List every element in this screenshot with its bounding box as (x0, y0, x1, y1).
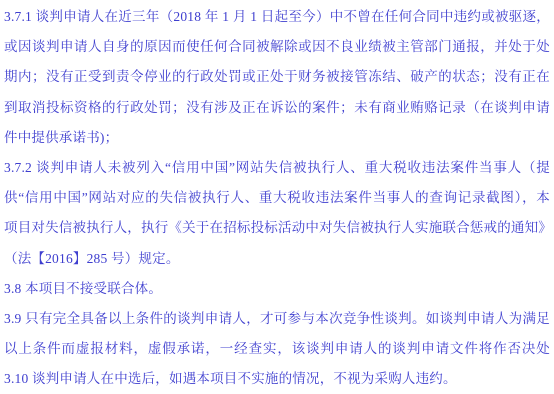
document-line: 供“信用中国”网站对应的失信被执行人、重大税收违法案件当事人的查询记录截图），本 (4, 183, 550, 213)
document-line: （法【2016】285 号）规定。 (4, 244, 550, 274)
document-line: 件中提供承诺书)； (4, 123, 550, 153)
document-line: 项目对失信被执行人，执行《关于在招标投标活动中对失信被执行人实施联合惩戒的通知》 (4, 213, 550, 243)
document-line: 期内；没有正受到责令停业的行政处罚或正处于财务被接管冻结、破产的状态；没有正在受 (4, 62, 550, 92)
document-line: 3.7.1 谈判申请人在近三年（2018 年 1 月 1 日起至今）中不曾在任何… (4, 2, 550, 32)
document-line: 3.8 本项目不接受联合体。 (4, 274, 550, 304)
document-line: 3.10 谈判申请人在中选后，如遇本项目不实施的情况，不视为采购人违约。 (4, 364, 550, 394)
document-line: 3.9 只有完全具备以上条件的谈判申请人，才可参与本次竞争性谈判。如谈判申请人为… (4, 304, 550, 334)
document-line: 到取消投标资格的行政处罚；没有涉及正在诉讼的案件；未有商业贿赂记录（在谈判申请文 (4, 93, 550, 123)
document-line: 以上条件而虚报材料，虚假承诺，一经查实，该谈判申请人的谈判申请文件将作否决处理。 (4, 334, 550, 364)
document-page: 3.7.1 谈判申请人在近三年（2018 年 1 月 1 日起至今）中不曾在任何… (0, 0, 554, 394)
document-line: 3.7.2 谈判申请人未被列入“信用中国”网站失信被执行人、重大税收违法案件当事… (4, 153, 550, 183)
document-line: 或因谈判申请人自身的原因而使任何合同被解除或因不良业绩被主管部门通报，并处于处罚 (4, 32, 550, 62)
